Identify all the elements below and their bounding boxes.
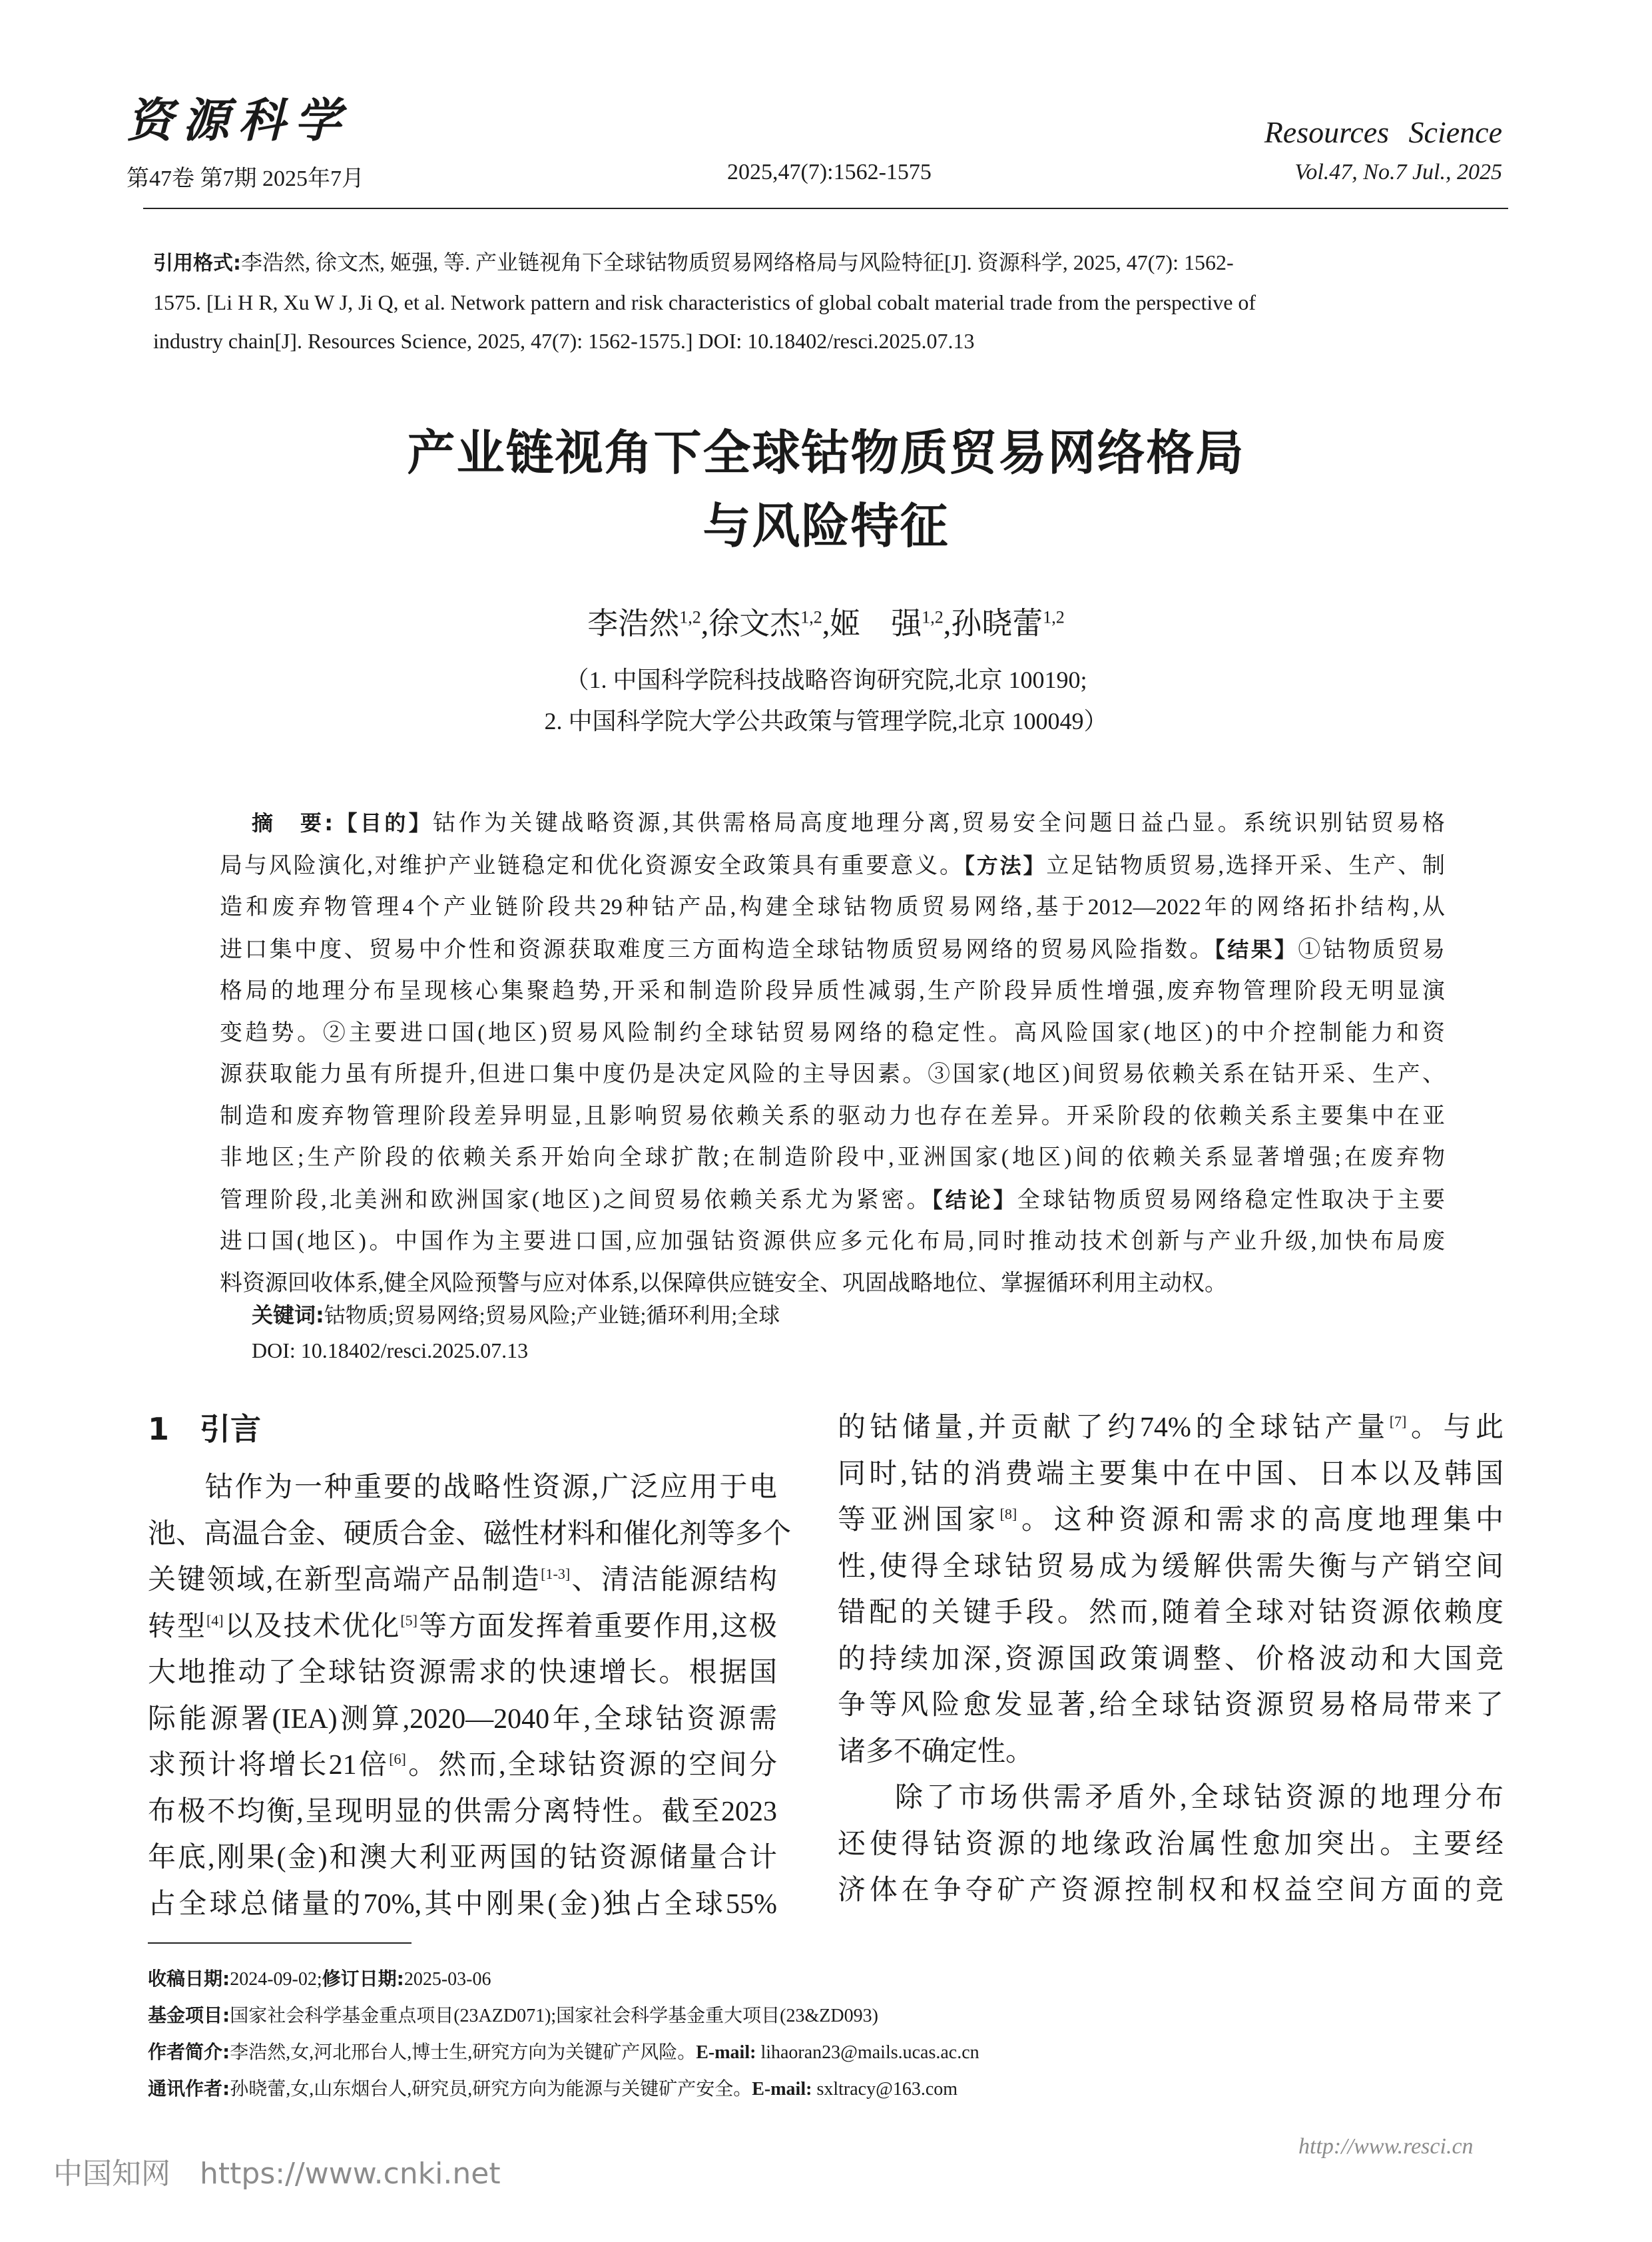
email-label: E-mail: <box>752 2079 812 2100</box>
abstract-text: 进口集中度、贸易中介性和资源获取难度三方面构造全球钴物质贸易网络的贸易风险指数。 <box>220 938 1215 962</box>
body-line: 等亚洲国家[8]。这种资源和需求的高度地理集中 <box>838 1498 1504 1544</box>
issue-info-en: Vol.47, No.7 Jul., 2025 <box>1294 160 1502 185</box>
keywords-text: 钴物质;贸易网络;贸易风险;产业链;循环利用;全球 <box>324 1303 780 1327</box>
abstract-label: 摘 要: <box>252 810 333 836</box>
keywords-label: 关键词: <box>252 1302 324 1328</box>
footnote-dates: 收稿日期:2024-09-02;修订日期:2025-03-06 <box>148 1961 979 1998</box>
corresponding-email-link[interactable]: sxltracy@163.com <box>816 2079 958 2100</box>
abstract-tag-results: 【结果】 <box>1215 937 1298 962</box>
body-line: 诸多不确定性。 <box>838 1729 1504 1776</box>
body-line: 际能源署(IEA)测算,2020—2040年,全球钴资源需 <box>148 1697 777 1743</box>
body-line: 除了市场供需矛盾外,全球钴资源的地理分布 <box>838 1775 1504 1822</box>
abstract-text: 钴作为关键战略资源,其供需格局高度地理分离,贸易安全问题日益凸显。系统识别钴贸易… <box>433 811 1445 836</box>
reference-link[interactable]: [7] <box>1390 1413 1407 1430</box>
reference-link[interactable]: [4] <box>206 1612 224 1629</box>
body-line: 池、高温合金、硬质合金、磁性材料和催化剂等多个 <box>148 1512 777 1558</box>
footnote-corresponding: 通讯作者:孙晓蕾,女,山东烟台人,研究员,研究方向为能源与关键矿产安全。E-ma… <box>148 2071 979 2107</box>
author-name: 徐文杰 <box>708 607 800 641</box>
affiliation-1: （1. 中国科学院科技战略咨询研究院,北京 100190; <box>0 659 1652 701</box>
abstract-line: 制造和废弃物管理阶段差异明显,且影响贸易依赖关系的驱动力也存在差异。开采阶段的依… <box>220 1096 1445 1138</box>
body-line: 性,使得全球钴贸易成为缓解供需失衡与产销空间 <box>838 1544 1504 1591</box>
body-text: 。然而,全球钴资源的空间分 <box>406 1750 777 1781</box>
body-line: 大地推动了全球钴资源需求的快速增长。根据国 <box>148 1650 777 1697</box>
body-line: 年底,刚果(金)和澳大利亚两国的钴资源储量合计 <box>148 1835 777 1882</box>
abstract-line: 造和废弃物管理4个产业链阶段共29种钴产品,构建全球钴物质贸易网络,基于2012… <box>220 887 1445 929</box>
body-column-left: 钴作为一种重要的战略性资源,广泛应用于电 池、高温合金、硬质合金、磁性材料和催化… <box>148 1465 777 1928</box>
author-affil-sup: 1,2 <box>922 608 944 627</box>
author-name: 孙晓蕾 <box>951 607 1043 641</box>
abstract-line: 摘 要:【目的】钴作为关键战略资源,其供需格局高度地理分离,贸易安全问题日益凸显… <box>220 802 1445 845</box>
abstract-line: 格局的地理分布呈现核心集聚趋势,开采和制造阶段异质性减弱,生产阶段异质性增强,废… <box>220 971 1445 1013</box>
abstract-line: 进口集中度、贸易中介性和资源获取难度三方面构造全球钴物质贸易网络的贸易风险指数。… <box>220 929 1445 972</box>
body-line: 转型[4]以及技术优化[5]等方面发挥着重要作用,这极 <box>148 1604 777 1651</box>
title-line-2: 与风险特征 <box>0 489 1652 563</box>
abstract-tag-conclusion: 【结论】 <box>932 1187 1017 1213</box>
author-affil-sup: 1,2 <box>679 608 701 627</box>
body-line: 济体在争夺矿产资源控制权和权益空间方面的竞 <box>838 1868 1504 1914</box>
affiliations: （1. 中国科学院科技战略咨询研究院,北京 100190; 2. 中国科学院大学… <box>0 659 1652 742</box>
citation-line-3: industry chain[J]. Resources Science, 20… <box>153 322 1508 360</box>
body-text: 等方面发挥着重要作用,这极 <box>417 1611 777 1642</box>
author-name: 姬 强 <box>830 607 922 641</box>
footnote-fund: 基金项目:国家社会科学基金重点项目(23AZD071);国家社会科学基金重大项目… <box>148 1998 979 2034</box>
author-bio-label: 作者简介: <box>148 2041 230 2063</box>
abstract-line: 管理阶段,北美洲和欧洲国家(地区)之间贸易依赖关系尤为紧密。【结论】全球钴物质贸… <box>220 1179 1445 1222</box>
corresponding-bio: 孙晓蕾,女,山东烟台人,研究员,研究方向为能源与关键矿产安全。 <box>230 2079 752 2100</box>
paper-title: 产业链视角下全球钴物质贸易网络格局 与风险特征 <box>0 416 1652 563</box>
footnotes: 收稿日期:2024-09-02;修订日期:2025-03-06 基金项目:国家社… <box>148 1961 979 2107</box>
section-heading: 1 引言 <box>148 1405 261 1449</box>
abstract-text: 管理阶段,北美洲和欧洲国家(地区)之间贸易依赖关系尤为紧密。 <box>220 1188 932 1213</box>
author-name: 李浩然 <box>587 607 679 641</box>
header-divider <box>143 208 1508 209</box>
citation-label: 引用格式: <box>153 252 241 275</box>
title-line-1: 产业链视角下全球钴物质贸易网络格局 <box>0 416 1652 489</box>
abstract-text: 局与风险演化,对维护产业链稳定和优化资源安全政策具有重要意义。 <box>220 854 964 878</box>
body-text: 转型 <box>148 1611 206 1642</box>
revised-date: 2025-03-06 <box>404 1969 491 1990</box>
citation-block: 引用格式:李浩然, 徐文杰, 姬强, 等. 产业链视角下全球钴物质贸易网络格局与… <box>153 243 1508 360</box>
body-line: 求预计将增长21倍[6]。然而,全球钴资源的空间分 <box>148 1743 777 1789</box>
fund-label: 基金项目: <box>148 2004 230 2026</box>
abstract-line: 局与风险演化,对维护产业链稳定和优化资源安全政策具有重要意义。【方法】立足钴物质… <box>220 845 1445 888</box>
abstract-text: 立足钴物质贸易,选择开采、生产、制 <box>1046 854 1445 878</box>
author-email-link[interactable]: lihaoran23@mails.ucas.ac.cn <box>760 2042 979 2063</box>
abstract-line: 源获取能力虽有所提升,但进口集中度仍是决定风险的主导因素。③国家(地区)间贸易依… <box>220 1054 1445 1096</box>
body-line: 争等风险愈发显著,给全球钴资源贸易格局带来了 <box>838 1683 1504 1729</box>
email-label: E-mail: <box>696 2042 756 2063</box>
reference-link[interactable]: [6] <box>389 1751 406 1767</box>
abstract-line: 非地区;生产阶段的依赖关系开始向全球扩散;在制造阶段中,亚洲国家(地区)间的依赖… <box>220 1137 1445 1179</box>
body-line: 的持续加深,资源国政策调整、价格波动和大国竞 <box>838 1637 1504 1683</box>
body-text: 。这种资源和需求的高度地理集中 <box>1017 1505 1504 1536</box>
abstract-tag-purpose: 【目的】 <box>333 810 433 836</box>
body-line: 钴作为一种重要的战略性资源,广泛应用于电 <box>148 1465 777 1512</box>
body-text: 关键领域,在新型高端产品制造 <box>148 1565 541 1595</box>
body-text: 、清洁能源结构 <box>570 1565 777 1595</box>
body-line: 关键领域,在新型高端产品制造[1-3]、清洁能源结构 <box>148 1557 777 1604</box>
abstract: 摘 要:【目的】钴作为关键战略资源,其供需格局高度地理分离,贸易安全问题日益凸显… <box>220 802 1445 1304</box>
author-list: 李浩然1,2,徐文杰1,2,姬 强1,2,孙晓蕾1,2 <box>0 599 1652 643</box>
reference-link[interactable]: [1-3] <box>541 1565 570 1582</box>
author-bio: 李浩然,女,河北邢台人,博士生,研究方向为关键矿产风险。 <box>230 2042 696 2063</box>
abstract-line: 进口国(地区)。中国作为主要进口国,应加强钴资源供应多元化布局,同时推动技术创新… <box>220 1221 1445 1263</box>
cnki-url-link[interactable]: https://www.cnki.net <box>200 2157 501 2191</box>
body-text: 等亚洲国家 <box>838 1505 1000 1536</box>
received-date: 2024-09-02; <box>230 1969 322 1990</box>
citation-line-2: 1575. [Li H R, Xu W J, Ji Q, et al. Netw… <box>153 283 1508 322</box>
body-text: 。与此 <box>1406 1412 1504 1443</box>
reference-link[interactable]: [5] <box>400 1612 417 1629</box>
body-line: 的钴储量,并贡献了约74%的全球钴产量[7]。与此 <box>838 1405 1504 1452</box>
reference-link[interactable]: [8] <box>1000 1506 1017 1522</box>
fund-text: 国家社会科学基金重点项目(23AZD071);国家社会科学基金重大项目(23&Z… <box>230 2006 878 2026</box>
body-text: 的钴储量,并贡献了约74%的全球钴产量 <box>838 1412 1390 1443</box>
issue-info-cn: 第47卷 第7期 2025年7月 <box>127 160 364 192</box>
body-line: 还使得钴资源的地缘政治属性愈加突出。主要经 <box>838 1822 1504 1868</box>
corresponding-label: 通讯作者: <box>148 2078 230 2100</box>
citation-line-1: 引用格式:李浩然, 徐文杰, 姬强, 等. 产业链视角下全球钴物质贸易网络格局与… <box>153 243 1508 283</box>
body-line: 占全球总储量的70%,其中刚果(金)独占全球55% <box>148 1882 777 1928</box>
doi: DOI: 10.18402/resci.2025.07.13 <box>252 1338 528 1363</box>
journal-name-en: Resources Science <box>1264 115 1502 150</box>
footnote-author: 作者简介:李浩然,女,河北邢台人,博士生,研究方向为关键矿产风险。E-mail:… <box>148 2034 979 2071</box>
abstract-tag-method: 【方法】 <box>964 853 1047 878</box>
body-line: 错配的关键手段。然而,随着全球对钴资源依赖度 <box>838 1590 1504 1637</box>
author-affil-sup: 1,2 <box>800 608 822 627</box>
body-line: 同时,钴的消费端主要集中在中国、日本以及韩国 <box>838 1452 1504 1498</box>
body-text: 以及技术优化 <box>224 1611 401 1642</box>
revised-label: 修订日期: <box>322 1968 404 1990</box>
journal-site-link[interactable]: http://www.resci.cn <box>1298 2134 1474 2159</box>
author-affil-sup: 1,2 <box>1043 608 1065 627</box>
journal-logo-cn: 资源科学 <box>127 99 350 145</box>
received-label: 收稿日期: <box>148 1968 230 1990</box>
keywords: 关键词:钴物质;贸易网络;贸易风险;产业链;循环利用;全球 <box>252 1298 780 1329</box>
abstract-text: ①钴物质贸易 <box>1298 938 1445 962</box>
cnki-logo-text: 中国知网 <box>53 2157 170 2191</box>
affiliation-2: 2. 中国科学院大学公共政策与管理学院,北京 100049） <box>0 701 1652 742</box>
cnki-watermark: 中国知网https://www.cnki.net <box>53 2149 501 2192</box>
body-column-right: 的钴储量,并贡献了约74%的全球钴产量[7]。与此 同时,钴的消费端主要集中在中… <box>838 1405 1504 1914</box>
body-line: 布极不均衡,呈现明显的供需分离特性。截至2023 <box>148 1789 777 1836</box>
citation-text: 李浩然, 徐文杰, 姬强, 等. 产业链视角下全球钴物质贸易网络格局与风险特征[… <box>241 250 1234 274</box>
footnote-divider <box>148 1942 412 1944</box>
issue-pages: 2025,47(7):1562-1575 <box>727 160 932 185</box>
abstract-text: 全球钴物质贸易网络稳定性取决于主要 <box>1017 1188 1445 1213</box>
abstract-line: 变趋势。②主要进口国(地区)贸易风险制约全球钴贸易网络的稳定性。高风险国家(地区… <box>220 1013 1445 1055</box>
body-text: 求预计将增长21倍 <box>148 1750 389 1781</box>
